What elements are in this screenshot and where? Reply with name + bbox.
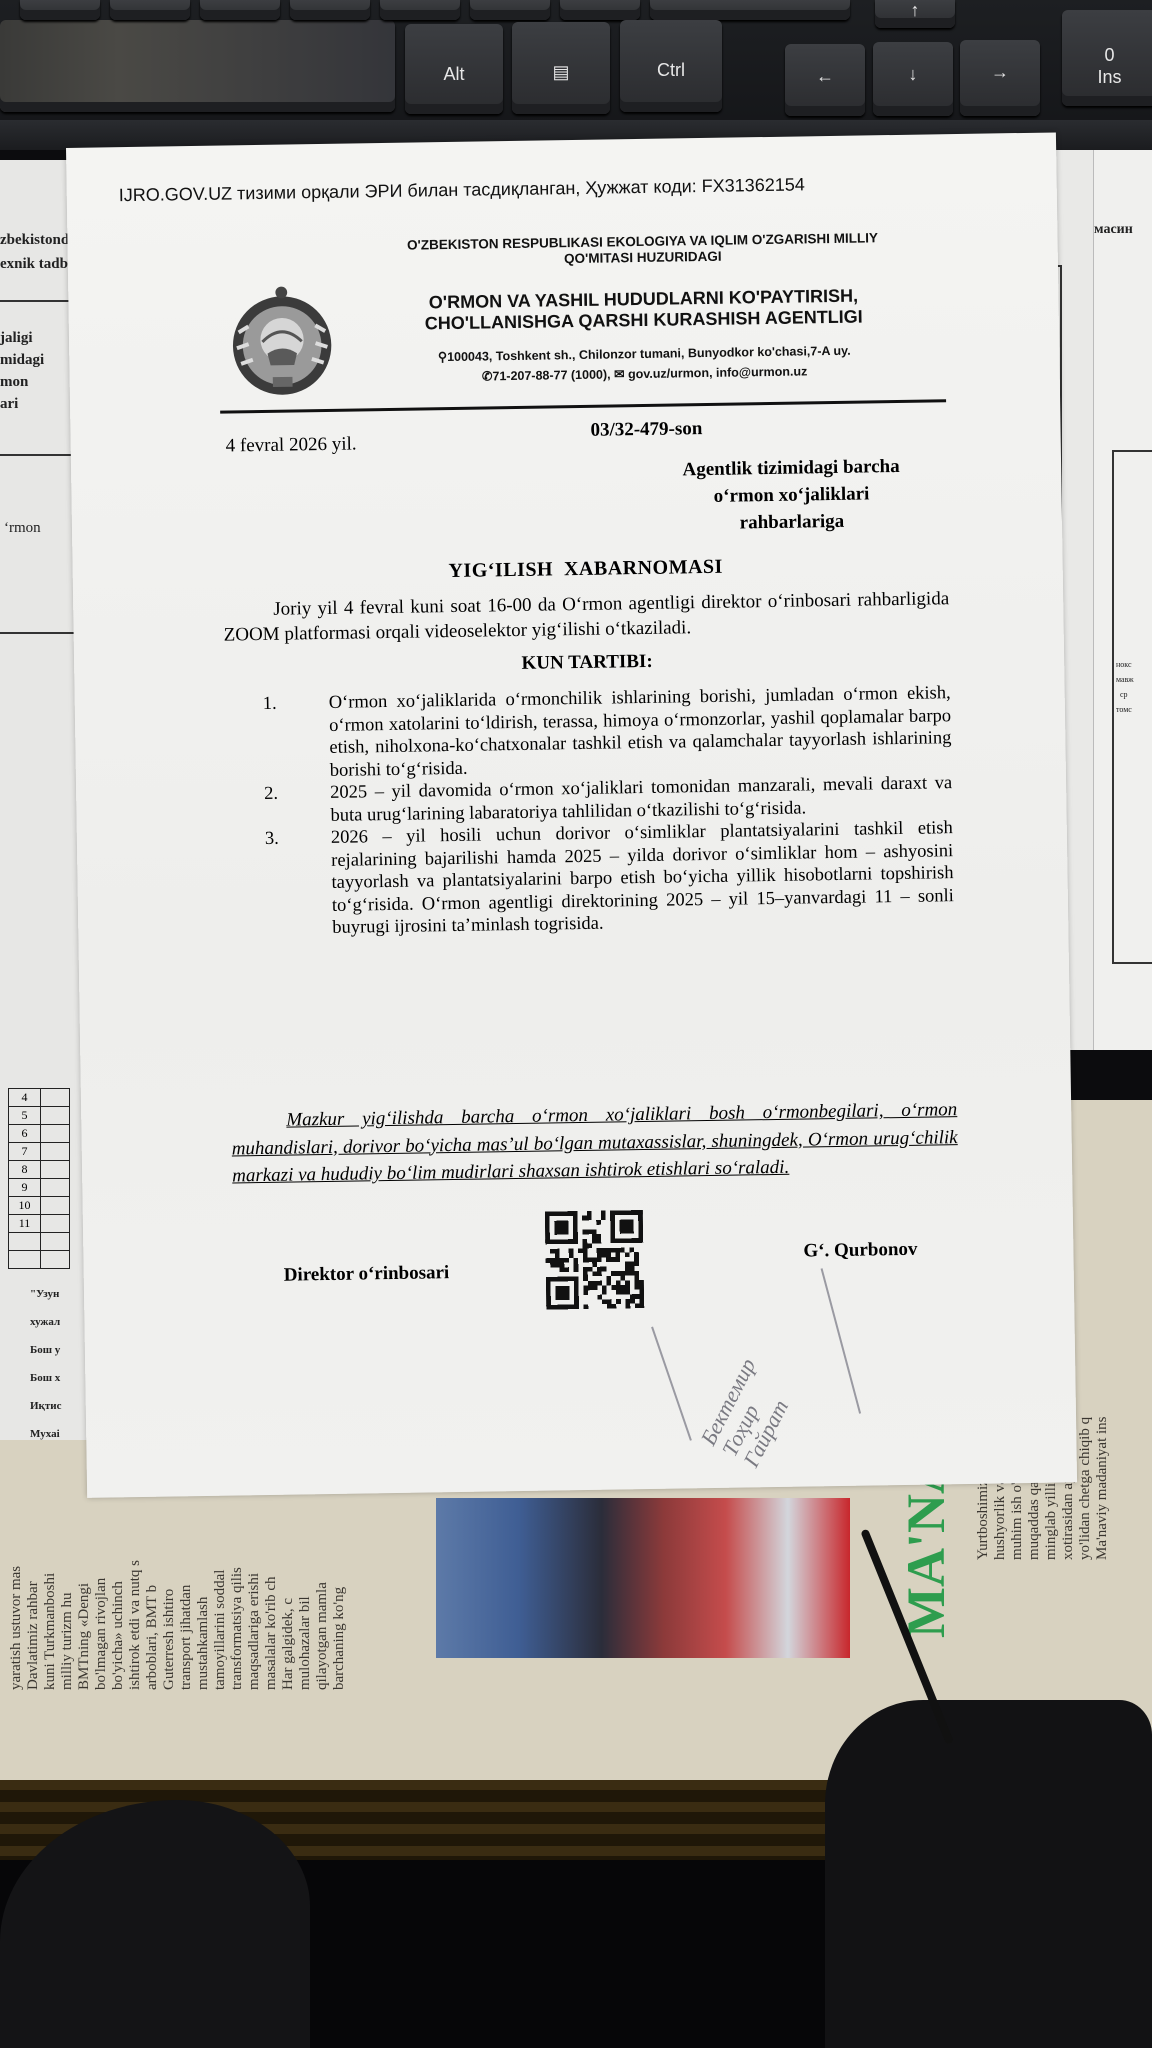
agenda-heading: KUN TARTIBI:: [224, 646, 950, 679]
fragment-text: jaligi: [0, 330, 33, 347]
newspaper-photo: [436, 1498, 850, 1658]
keyboard: Alt ▤ Ctrl ← ↓ → ↑ 0 Ins: [0, 0, 1152, 150]
row-cell: [41, 1143, 70, 1161]
ctrl-key-label: Ctrl: [657, 60, 685, 81]
row-cell: [41, 1215, 70, 1233]
ins-key-number: 0: [1104, 44, 1114, 66]
space-bar-key: [0, 20, 395, 112]
document-number: 03/32-479-son: [590, 418, 702, 442]
key-top-row: [560, 0, 640, 20]
arrow-down-icon: ↓: [909, 64, 918, 85]
signer-role: Direktor o‘rinbosari: [284, 1262, 450, 1287]
pen-stroke: [821, 1268, 862, 1413]
pen-stroke: [651, 1327, 692, 1441]
fragment-text: ср: [1120, 690, 1128, 699]
row-number: 9: [9, 1179, 41, 1197]
table-row: 6: [9, 1125, 70, 1143]
attendance-note: Mazkur yig‘ilishda barcha o‘rmon xo‘jali…: [231, 1096, 958, 1190]
agenda-item: 3. 2026 – yil hosili uchun dorivor o‘sim…: [227, 817, 955, 941]
newspaper-line: yo'lidan chetga chiqib q: [1077, 1320, 1094, 1560]
signer-name: G‘. Qurbonov: [803, 1239, 917, 1263]
newspaper-line: milliy turizm hu: [59, 1450, 76, 1690]
fragment-text: ‘rmon: [4, 520, 41, 537]
key-top-row: [290, 0, 370, 20]
agenda-item-number: 3.: [227, 827, 333, 941]
table-row: 5: [9, 1107, 70, 1125]
arrow-right-key: →: [960, 40, 1040, 116]
agency-name: O'RMON VA YASHIL HUDUDLARNI KO'PAYTIRISH…: [348, 284, 939, 335]
background-cyrillic-lines: "УзунхужалБош уБош хИқтисМухаі: [30, 1280, 62, 1448]
fragment-text: Бош у: [30, 1336, 62, 1364]
arrow-right-icon: →: [991, 62, 1009, 83]
ctrl-key: Ctrl: [620, 20, 722, 112]
row-cell: [41, 1251, 70, 1269]
table-row: 7: [9, 1143, 70, 1161]
document-date: 4 fevral 2026 yil.: [226, 433, 357, 457]
key-top-row: [20, 0, 100, 20]
agency-contacts: ⚲100043, Toshkent sh., Chilonzor tumani,…: [349, 339, 940, 388]
newspaper-line: kuni Turkmanboshi: [42, 1450, 59, 1690]
parent-organization: O'ZBEKISTON RESPUBLIKASI EKOLOGIYA VA IQ…: [347, 229, 937, 270]
fragment-text: midagi: [0, 352, 44, 369]
email-icon: ✉: [614, 367, 625, 381]
table-row: 11: [9, 1215, 70, 1233]
document-title: YIG‘ILISH XABARNOMASI: [223, 552, 949, 586]
row-number: [9, 1233, 41, 1251]
row-cell: [41, 1233, 70, 1251]
fragment-text: "Узун: [30, 1280, 62, 1308]
e-signature-verification-line: IJRO.GOV.UZ тизими орқали ЭРИ билан тасд…: [119, 174, 805, 206]
alt-key-label: Alt: [443, 64, 464, 85]
addressee-line: rahbarlariga: [632, 506, 952, 538]
phone-text: 71-207-88-77 (1000),: [492, 367, 610, 383]
row-number: [9, 1251, 41, 1269]
table-row: 8: [9, 1161, 70, 1179]
key-top-row: [470, 0, 550, 20]
table-row: 4: [9, 1089, 70, 1107]
fragment-text: масин: [1094, 222, 1133, 238]
table-row: [9, 1251, 70, 1269]
row-cell: [41, 1197, 70, 1215]
newspaper-line: Ma'naviy madaniyat ins: [1094, 1320, 1111, 1560]
fragment-text: томс: [1116, 705, 1132, 714]
fragment-text: zbekistond: [0, 232, 69, 249]
agenda-item-text: 2026 – yil hosili uchun dorivor o‘simlik…: [331, 817, 955, 939]
fragment-text: Мухаі: [30, 1420, 62, 1448]
menu-icon: ▤: [552, 62, 569, 83]
intro-paragraph: Joriy yil 4 fevral kuni soat 16-00 da O‘…: [223, 586, 950, 647]
handwritten-note: Бектемир Тоҳир Гайрат: [696, 1355, 803, 1471]
header-divider: [220, 399, 946, 413]
agenda-item-text: O‘rmon xo‘jaliklarida o‘rmonchilik ishla…: [329, 682, 952, 782]
state-emblem-icon: [220, 282, 344, 402]
fragment-text: exnik tadbi: [0, 256, 72, 273]
arrow-up-icon: ↑: [911, 0, 920, 21]
newspaper-line: Davlatimiz rahbar: [25, 1450, 42, 1690]
fragment-text: mon: [0, 374, 28, 391]
row-cell: [41, 1179, 70, 1197]
newspaper-line: yaratish ustuvor mas: [8, 1450, 25, 1690]
table-row: [9, 1233, 70, 1251]
arrow-down-key: ↓: [873, 42, 953, 116]
agenda-list: 1. O‘rmon xo‘jaliklarida o‘rmonchilik is…: [225, 682, 955, 941]
table-row: 9: [9, 1179, 70, 1197]
fragment-text: хужал: [30, 1308, 62, 1336]
menu-key: ▤: [512, 22, 610, 114]
alt-key: Alt: [405, 24, 503, 114]
fragment-text: Бош х: [30, 1364, 62, 1392]
ins-key: 0 Ins: [1062, 10, 1152, 106]
key-top-row: [200, 0, 280, 20]
arrow-left-icon: ←: [816, 66, 834, 87]
dark-bag-right: [825, 1700, 1152, 2048]
key-top-row: [650, 0, 850, 20]
agenda-item-number: 2.: [226, 782, 331, 829]
row-cell: [41, 1125, 70, 1143]
key-top-row: [110, 0, 190, 20]
background-numbered-table: 4567891011: [8, 1088, 70, 1269]
official-letter: IJRO.GOV.UZ тизими орқали ЭРИ билан тасд…: [66, 132, 1077, 1497]
fragment-text: ari: [0, 396, 18, 413]
background-sheet-far-right: масин нокс мавж ср томс: [1093, 150, 1152, 1050]
agenda-item-number: 1.: [225, 692, 330, 784]
ins-key-label: Ins: [1097, 66, 1121, 88]
row-number: 4: [9, 1089, 41, 1107]
row-number: 6: [9, 1125, 41, 1143]
row-number: 11: [9, 1215, 41, 1233]
arrow-up-key: ↑: [875, 0, 955, 28]
agenda-item: 1. O‘rmon xo‘jaliklarida o‘rmonchilik is…: [225, 682, 952, 783]
row-number: 7: [9, 1143, 41, 1161]
addressee-block: Agentlik tizimidagi barcha o‘rmon xo‘jal…: [631, 452, 952, 538]
fragment-text: Иқтис: [30, 1392, 62, 1420]
website-email-text: gov.uz/urmon, info@urmon.uz: [628, 364, 807, 381]
qr-code: [545, 1209, 645, 1311]
row-number: 10: [9, 1197, 41, 1215]
table-row: 10: [9, 1197, 70, 1215]
fragment-text: мавж: [1116, 675, 1134, 684]
row-number: 5: [9, 1107, 41, 1125]
row-cell: [41, 1107, 70, 1125]
phone-icon: ✆: [482, 369, 493, 383]
row-number: 8: [9, 1161, 41, 1179]
location-pin-icon: ⚲: [438, 350, 447, 364]
fragment-text: нокс: [1116, 660, 1132, 669]
row-cell: [41, 1161, 70, 1179]
row-cell: [41, 1089, 70, 1107]
key-top-row: [380, 0, 460, 20]
arrow-left-key: ←: [785, 44, 865, 116]
